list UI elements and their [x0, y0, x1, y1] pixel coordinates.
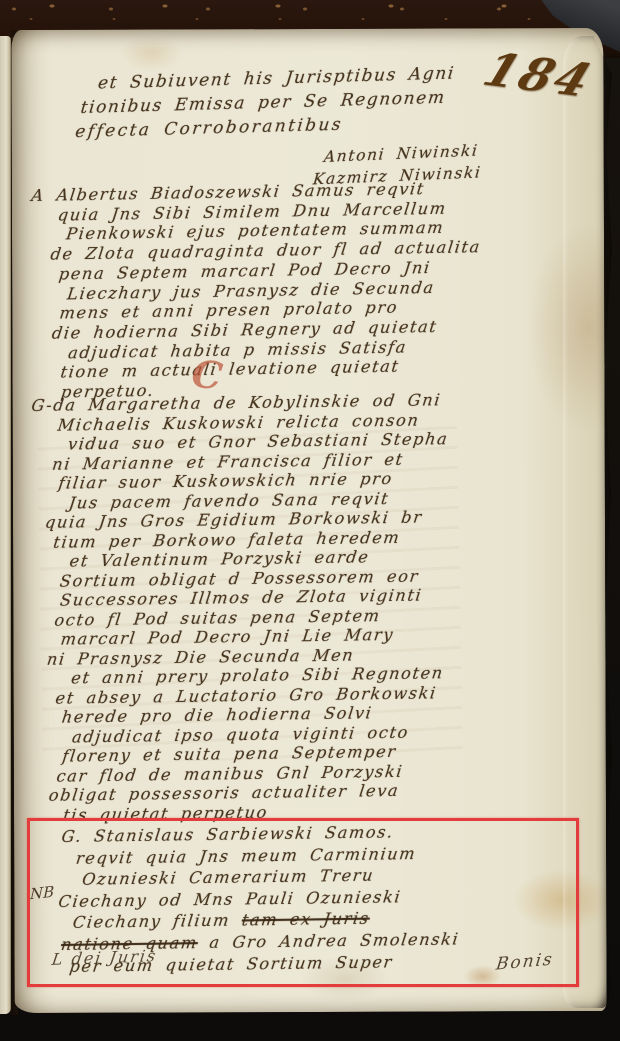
annotation-rectangle [27, 818, 579, 987]
paragraph-entry-2: G-da Margaretha de Kobylinskie od GniMic… [30, 390, 452, 825]
paragraph-intro: et Subiuvent his Jurisptibus Agnitionibu… [78, 62, 455, 144]
red-letter-mark: C [189, 350, 225, 399]
paragraph-entry-1: A Albertus Biadoszewski Samus reqvitquia… [30, 178, 482, 403]
manuscript-scan: 184 et Subiuvent his Jurisptibus Agnitio… [0, 0, 620, 1041]
